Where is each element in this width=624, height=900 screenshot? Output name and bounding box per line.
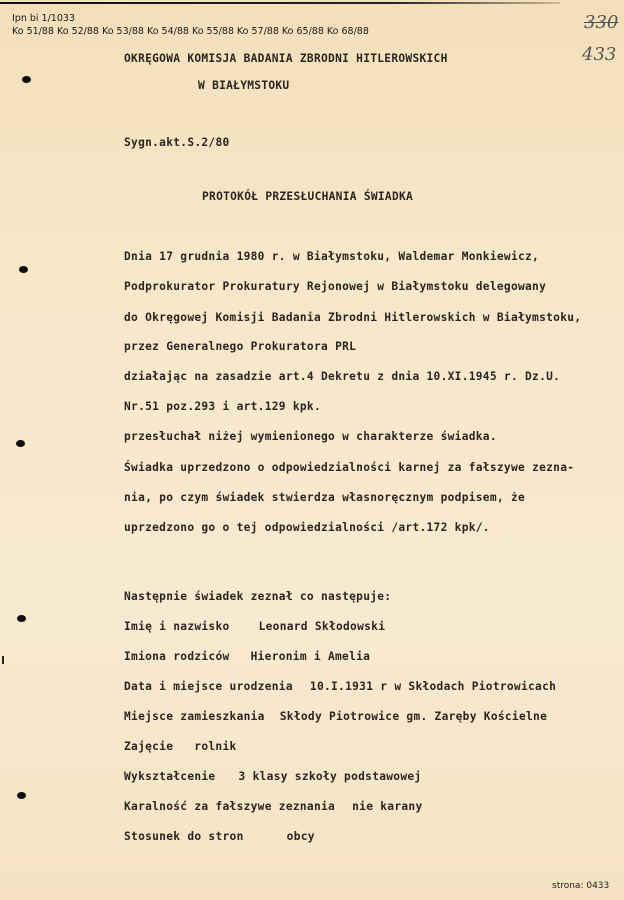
testimony-intro: Następnie świadek zeznał co następuje:: [124, 590, 391, 603]
intro-line: do Okręgowej Komisji Badania Zbrodni Hit…: [124, 311, 581, 324]
scan-mark: [2, 656, 4, 664]
field-label: Stosunek do stron: [124, 830, 244, 843]
field-label: Miejsce zamieszkania: [124, 710, 265, 723]
field-value: Leonard Skłodowski: [259, 620, 386, 633]
intro-line: Nr.51 poz.293 i art.129 kpk.: [124, 400, 321, 413]
document-page: Ipn bi 1/1033 Ko 51/88 Ko 52/88 Ko 53/88…: [0, 0, 624, 900]
handwritten-old-page-number: 330: [584, 12, 618, 33]
institution-line-1: OKRĘGOWA KOMISJA BADANIA ZBRODNI HITLERO…: [124, 52, 448, 65]
field-label: Wykształcenie: [124, 770, 215, 783]
punch-hole-icon: [22, 76, 31, 83]
document-title: PROTOKÓŁ PRZESŁUCHANIA ŚWIADKA: [202, 190, 413, 203]
institution-line-2: W BIAŁYMSTOKU: [198, 79, 289, 92]
intro-line: przez Generalnego Prokuratora PRL: [124, 340, 356, 353]
field-value: 10.I.1931 r w Skłodach Piotrowicach: [310, 680, 556, 693]
intro-line: Dnia 17 grudnia 1980 r. w Białymstoku, W…: [124, 250, 539, 263]
punch-hole-icon: [17, 615, 26, 622]
intro-line: Świadka uprzedzono o odpowiedzialności k…: [124, 461, 574, 474]
punch-hole-icon: [17, 792, 26, 799]
intro-line: Podprokurator Prokuratury Rejonowej w Bi…: [124, 280, 546, 293]
punch-hole-icon: [19, 266, 28, 273]
scan-edge-line: [0, 2, 560, 4]
field-value: obcy: [287, 830, 315, 843]
archive-reference: Ipn bi 1/1033 Ko 51/88 Ko 52/88 Ko 53/88…: [12, 12, 369, 38]
field-label: Imiona rodziców: [124, 650, 230, 663]
intro-line: działając na zasadzie art.4 Dekretu z dn…: [124, 370, 560, 383]
case-signature: Sygn.akt.S.2/80: [124, 136, 230, 149]
handwritten-page-number: 433: [582, 44, 616, 65]
field-label: Data i miejsce urodzenia: [124, 680, 293, 693]
intro-line: uprzedzono go o tej odpowiedzialności /a…: [124, 521, 490, 534]
field-value: nie karany: [352, 800, 422, 813]
field-birth: Data i miejsce urodzenia 10.I.1931 r w S…: [124, 680, 556, 693]
field-name: Imię i nazwisko Leonard Skłodowski: [124, 620, 385, 633]
field-relation: Stosunek do stron obcy: [124, 830, 315, 843]
field-value: 3 klasy szkoły podstawowej: [239, 770, 422, 783]
field-label: Karalność za fałszywe zeznania: [124, 800, 335, 813]
page-footer: strona: 0433: [552, 881, 609, 891]
field-education: Wykształcenie 3 klasy szkoły podstawowej: [124, 770, 421, 783]
field-label: Imię i nazwisko: [124, 620, 230, 633]
intro-line: nia, po czym świadek stwierdza własnoręc…: [124, 491, 525, 504]
field-value: rolnik: [194, 740, 236, 753]
field-residence: Miejsce zamieszkania Skłody Piotrowice g…: [124, 710, 547, 723]
field-criminal-record: Karalność za fałszywe zeznania nie karan…: [124, 800, 422, 813]
archive-line-2: Ko 51/88 Ko 52/88 Ko 53/88 Ko 54/88 Ko 5…: [12, 25, 369, 38]
field-label: Zajęcie: [124, 740, 173, 753]
field-parents: Imiona rodziców Hieronim i Amelia: [124, 650, 370, 663]
intro-line: przesłuchał niżej wymienionego w charakt…: [124, 430, 497, 443]
field-value: Hieronim i Amelia: [251, 650, 371, 663]
field-value: Skłody Piotrowice gm. Zaręby Kościelne: [280, 710, 547, 723]
punch-hole-icon: [16, 440, 25, 447]
archive-line-1: Ipn bi 1/1033: [12, 12, 369, 25]
field-occupation: Zajęcie rolnik: [124, 740, 237, 753]
